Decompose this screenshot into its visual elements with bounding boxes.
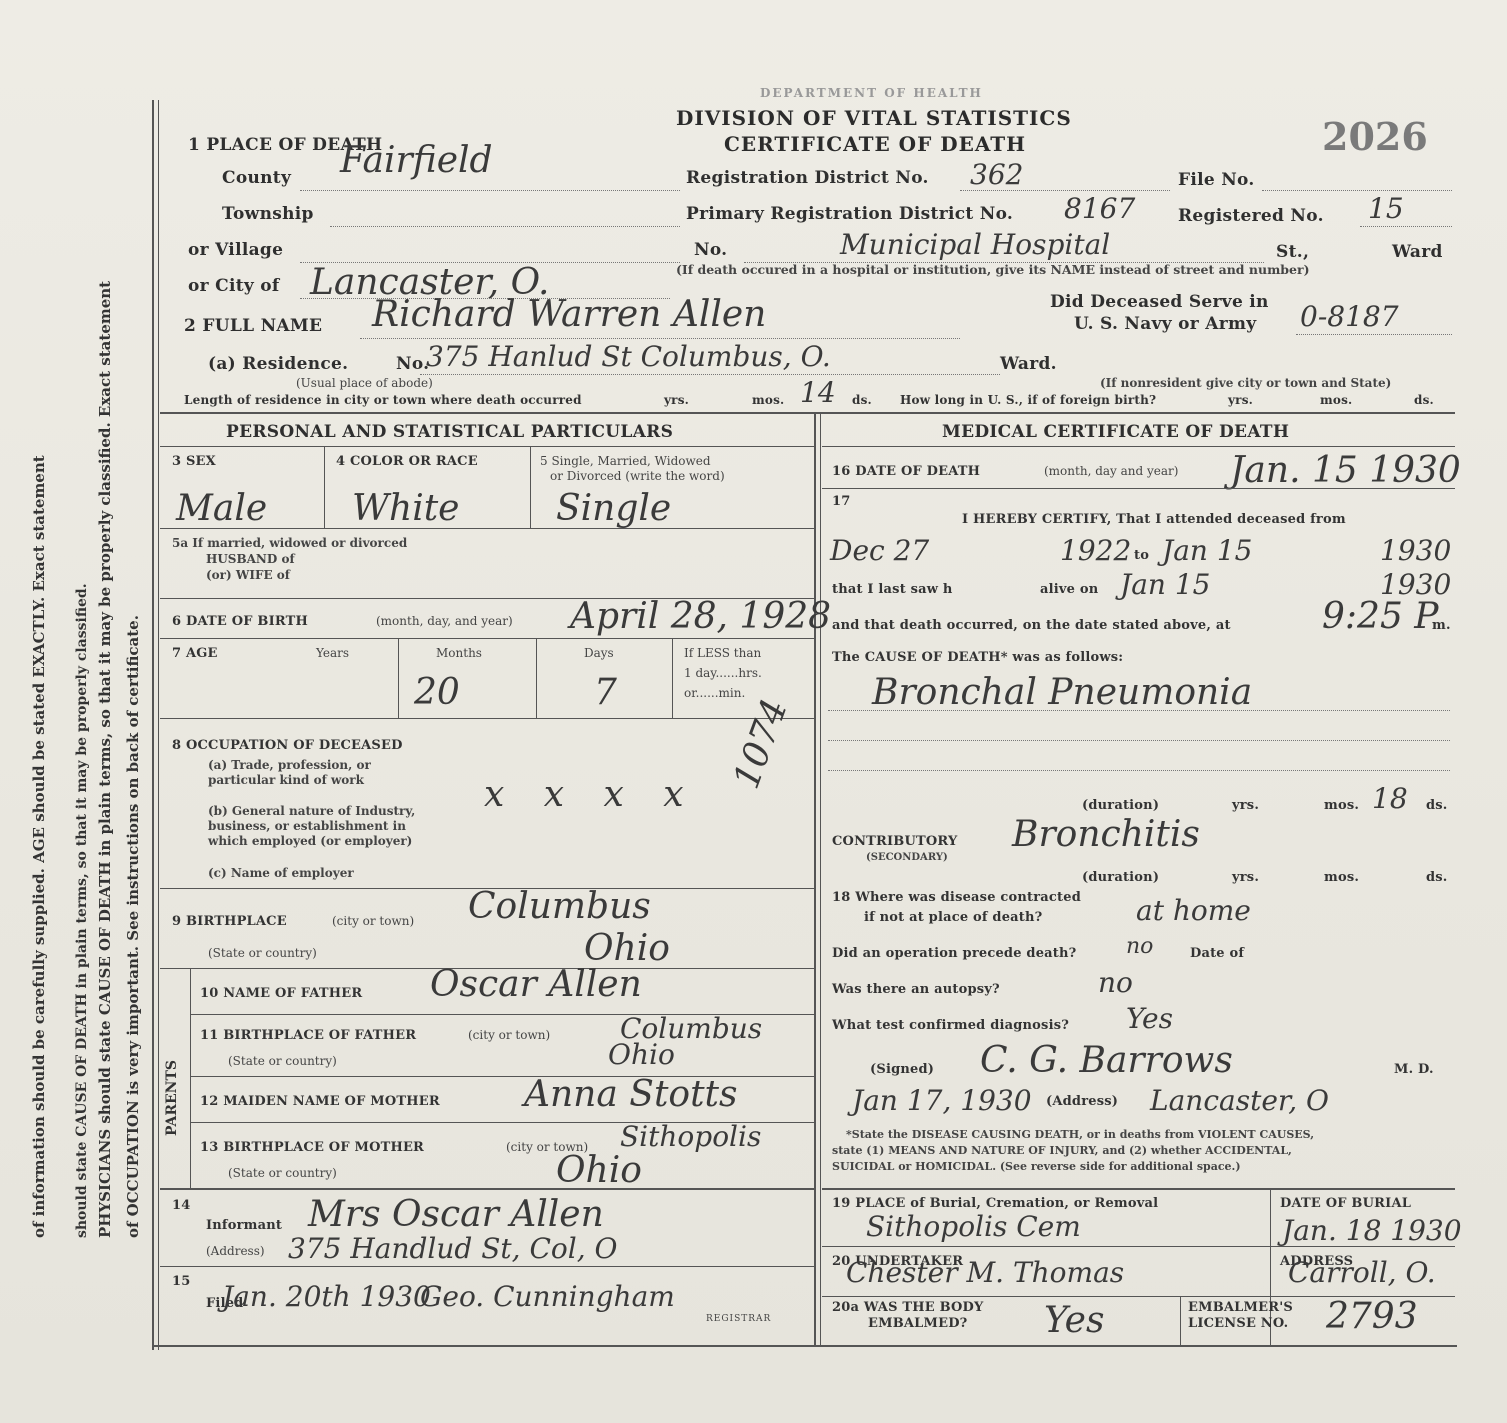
- marital-label-1: 5 Single, Married, Widowed: [540, 454, 711, 468]
- dob-label: 6 DATE OF BIRTH: [172, 614, 308, 629]
- age-months-value: 20: [414, 672, 460, 713]
- cause-value: Bronchal Pneumonia: [872, 672, 1252, 713]
- length-days-value: 14: [800, 376, 836, 409]
- side-instruction-col4: should state CAUSE OF DEATH in plain ter…: [74, 583, 90, 1238]
- color-label: 4 COLOR OR RACE: [336, 454, 478, 469]
- mother-value: Anna Stotts: [524, 1074, 738, 1115]
- sex-label: 3 SEX: [172, 454, 216, 469]
- certify-text: I HEREBY CERTIFY, That I attended deceas…: [962, 512, 1346, 527]
- side-instruction-col3: of information should be carefully suppl…: [30, 455, 48, 1238]
- navy-label-1: Did Deceased Serve in: [1050, 292, 1269, 312]
- residence-value: 375 Hanlud St Columbus, O.: [426, 340, 831, 373]
- registration-district-label: Registration District No.: [686, 168, 929, 188]
- cause-label: The CAUSE OF DEATH* was as follows:: [832, 650, 1123, 665]
- attended-from-value: Dec 27: [830, 534, 929, 567]
- burial-value: Sithopolis Cem: [866, 1210, 1081, 1243]
- father-birthplace-label: 11 BIRTHPLACE OF FATHER: [200, 1028, 416, 1043]
- physician-signature: C. G. Barrows: [980, 1040, 1233, 1081]
- hospital-note: (If death occured in a hospital or insti…: [676, 262, 1310, 277]
- informant-address-value: 375 Handlud St, Col, O: [288, 1232, 617, 1265]
- usual-abode-note: (Usual place of abode): [296, 376, 433, 390]
- division-title: DIVISION OF VITAL STATISTICS: [676, 106, 1072, 130]
- informant-label: Informant: [206, 1218, 282, 1233]
- birthplace-state-value: Ohio: [584, 928, 670, 969]
- contributory-value: Bronchitis: [1012, 814, 1200, 855]
- navy-label-2: U. S. Navy or Army: [1074, 314, 1256, 334]
- registered-no-label: Registered No.: [1178, 206, 1324, 226]
- full-name-value: Richard Warren Allen: [372, 294, 766, 335]
- color-value: White: [352, 488, 459, 529]
- registrar-signature: Geo. Cunningham: [420, 1280, 675, 1313]
- filed-date-value: Jan. 20th 1930: [222, 1280, 431, 1313]
- date-of-death-value: Jan. 15 1930: [1230, 450, 1461, 491]
- primary-registration-value: 8167: [1064, 192, 1135, 225]
- county-label: County: [222, 168, 291, 188]
- duration-days-value: 18: [1372, 782, 1408, 815]
- age-label: 7 AGE: [172, 646, 218, 661]
- file-no-label: File No.: [1178, 170, 1255, 190]
- time-of-death-value: 9:25 P: [1322, 596, 1439, 637]
- attended-to-value: Jan 15: [1162, 534, 1252, 567]
- occupation-label: 8 OCCUPATION OF DECEASED: [172, 738, 403, 753]
- border-left-inner: [158, 100, 159, 1350]
- residence-label: (a) Residence.: [208, 354, 348, 374]
- last-saw-value: Jan 15: [1120, 568, 1210, 601]
- occupation-value: x x x x: [484, 774, 698, 815]
- dept-faded: DEPARTMENT OF HEALTH: [760, 86, 983, 100]
- signed-date-value: Jan 17, 1930: [852, 1084, 1032, 1117]
- autopsy-value: no: [1098, 966, 1133, 999]
- side-instruction-col1: PHYSICIANS should state CAUSE OF DEATH i…: [96, 281, 114, 1238]
- certificate-number: 2026: [1322, 114, 1428, 159]
- navy-value: 0-8187: [1300, 300, 1399, 333]
- marital-value: Single: [556, 488, 671, 529]
- birthplace-city-value: Columbus: [468, 886, 651, 927]
- informant-value: Mrs Oscar Allen: [308, 1194, 604, 1235]
- full-name-label: 2 FULL NAME: [184, 316, 322, 336]
- length-of-residence-label: Length of residence in city or town wher…: [184, 393, 582, 407]
- ward-label: Ward: [1392, 242, 1443, 262]
- mother-birthplace-state: Ohio: [556, 1150, 642, 1191]
- city-label: or City of: [188, 276, 280, 296]
- residence-no-label: No.: [396, 354, 429, 374]
- marital-label-2: or Divorced (write the word): [550, 469, 725, 483]
- embalmed-value: Yes: [1044, 1300, 1104, 1341]
- certificate-title: CERTIFICATE OF DEATH: [724, 132, 1026, 156]
- township-label: Township: [222, 204, 314, 224]
- mother-label: 12 MAIDEN NAME OF MOTHER: [200, 1094, 440, 1109]
- foreign-birth-label: How long in U. S., if of foreign birth?: [900, 393, 1156, 407]
- village-label: or Village: [188, 240, 283, 260]
- physician-address-value: Lancaster, O: [1150, 1084, 1329, 1117]
- occupation-code: 1074: [726, 694, 796, 794]
- test-value: Yes: [1126, 1002, 1173, 1035]
- registered-no-value: 15: [1368, 192, 1404, 225]
- undertaker-address-value: Carroll, O.: [1288, 1256, 1436, 1289]
- personal-section-title: PERSONAL AND STATISTICAL PARTICULARS: [226, 422, 673, 442]
- side-instruction-col2: of OCCUPATION is very important. See ins…: [124, 615, 142, 1238]
- birthplace-label: 9 BIRTHPLACE: [172, 914, 287, 929]
- operation-value: no: [1126, 934, 1153, 959]
- burial-date-value: Jan. 18 1930: [1282, 1214, 1462, 1247]
- residence-ward-label: Ward.: [1000, 354, 1057, 374]
- primary-registration-label: Primary Registration District No.: [686, 204, 1013, 224]
- undertaker-value: Chester M. Thomas: [846, 1256, 1124, 1289]
- dob-value: April 28, 1928: [570, 596, 831, 637]
- border-left-outer: [152, 100, 154, 1350]
- medical-section-title: MEDICAL CERTIFICATE OF DEATH: [942, 422, 1289, 442]
- burial-label: 19 PLACE of Burial, Cremation, or Remova…: [832, 1196, 1158, 1211]
- date-of-death-label: 16 DATE OF DEATH: [832, 464, 980, 479]
- license-value: 2793: [1326, 1296, 1418, 1337]
- death-certificate: of information should be carefully suppl…: [0, 0, 1507, 1423]
- burial-date-label: DATE OF BURIAL: [1280, 1196, 1411, 1211]
- parents-label: PARENTS: [164, 1060, 180, 1136]
- street-label: St.,: [1276, 242, 1309, 262]
- sex-value: Male: [176, 488, 267, 529]
- father-label: 10 NAME OF FATHER: [200, 986, 362, 1001]
- age-days-value: 7: [594, 672, 617, 713]
- county-value: Fairfield: [340, 140, 493, 181]
- hospital-value: Municipal Hospital: [840, 228, 1110, 261]
- contracted-value: at home: [1136, 894, 1251, 927]
- nonresident-note: (If nonresident give city or town and St…: [1100, 376, 1391, 390]
- mother-birthplace-city: Sithopolis: [620, 1120, 761, 1153]
- mother-birthplace-label: 13 BIRTHPLACE OF MOTHER: [200, 1140, 424, 1155]
- registration-district-value: 362: [970, 158, 1023, 191]
- street-no-label: No.: [694, 240, 727, 260]
- father-value: Oscar Allen: [430, 964, 642, 1005]
- contributory-label: CONTRIBUTORY: [832, 834, 958, 849]
- border-bottom: [152, 1345, 1457, 1347]
- father-birthplace-state: Ohio: [608, 1038, 675, 1071]
